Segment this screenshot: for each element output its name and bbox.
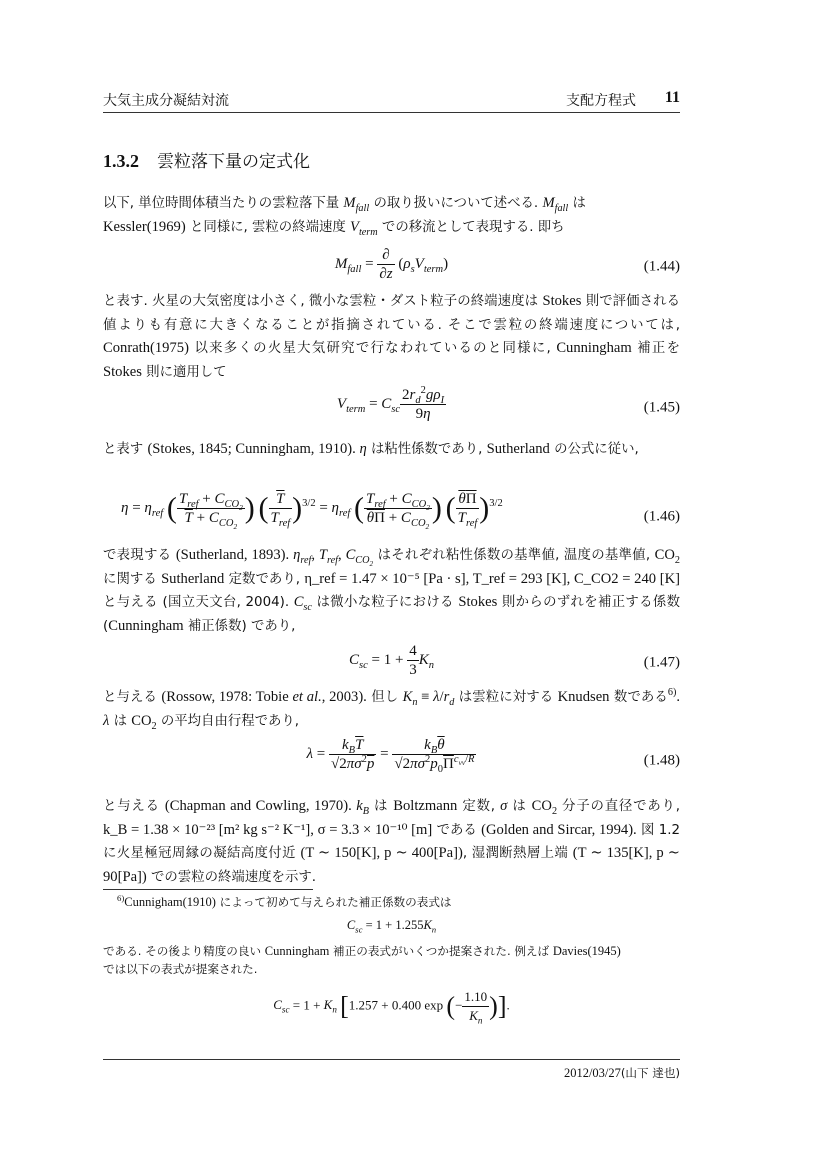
paragraph-3: と表す (Stokes, 1845; Cunningham, 1910). η … (103, 438, 680, 462)
footnote-equation-2: Csc = 1 + Kn [1.257 + 0.400 exp (−1.10Kn… (103, 988, 680, 1025)
footer-date: 2012/03/27 (564, 1066, 621, 1080)
equation-number: (1.46) (644, 509, 680, 526)
paragraph-1: 以下, 単位時間体積当たりの雲粒落下量 Mfall の取り扱いについて述べる. … (103, 192, 680, 239)
equation-number: (1.44) (644, 259, 680, 276)
running-header: 大気主成分凝結対流 支配方程式 11 (103, 88, 680, 113)
equation-1-45: Vterm = Csc2rd2gρI9η (1.45) (103, 386, 680, 430)
equation-number: (1.48) (644, 753, 680, 770)
section-heading: 1.3.2雲粒落下量の定式化 (103, 147, 310, 172)
footnote-line-1: 6)Cunnigham(1910) によって初めて与えられた補正係数の表式は (103, 893, 680, 911)
paragraph-4: で表現する (Sutherland, 1893). ηref, Tref, CC… (103, 544, 680, 638)
section-title: 雲粒落下量の定式化 (157, 152, 310, 172)
footer: 2012/03/27(山下 達也) (564, 1065, 680, 1081)
header-right-title: 支配方程式 (566, 90, 636, 110)
paragraph-2: と表す. 火星の大気密度は小さく, 微小な雲粒・ダスト粒子の終端速度は Stok… (103, 290, 680, 384)
paragraph-6: と与える (Chapman and Cowling, 1970). kB は B… (103, 795, 680, 889)
section-number: 1.3.2 (103, 151, 139, 171)
equation-1-44: Mfall = ∂∂z (ρsVterm) (1.44) (103, 246, 680, 288)
footnote-rule (103, 889, 313, 890)
equation-number: (1.45) (644, 400, 680, 417)
equation-1-48: λ = kBT√2πσ2p = kBθ√2πσ2p0Πcvv/R (1.48) (103, 736, 680, 786)
header-left-title: 大気主成分凝結対流 (103, 90, 229, 110)
page-number: 11 (665, 89, 680, 107)
equation-number: (1.47) (644, 655, 680, 672)
footnote-equation-1: Csc = 1 + 1.255Kn (103, 916, 680, 934)
equation-1-47: Csc = 1 + 43Kn (1.47) (103, 642, 680, 684)
footnote-lines-2-3: である. その後より精度の良い Cunningham 補正の表式がいくつか提案さ… (103, 942, 680, 978)
footer-rule (103, 1059, 680, 1060)
paragraph-5: と与える (Rossow, 1978: Tobie et al., 2003).… (103, 686, 680, 733)
footer-author: (山下 達也) (621, 1066, 680, 1080)
equation-1-46: η = ηref (Tref + CCO2T + CCO2) (TTref)3/… (103, 490, 680, 544)
